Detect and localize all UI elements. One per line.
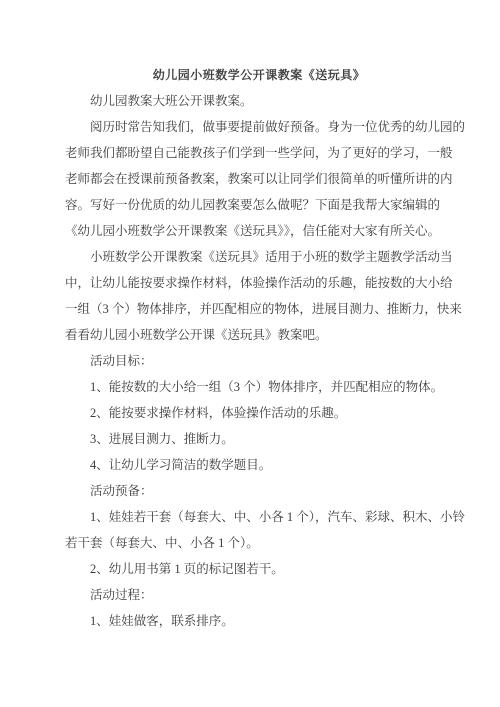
text-line: 中，让幼儿能按要求操作材料，体验操作活动的乐趣，能按数的大小给 [65, 270, 453, 296]
text-line: 2、能按要求操作材料，体验操作活动的乐趣。 [65, 400, 453, 426]
text-line: 幼儿园教案大班公开课教案。 [65, 88, 453, 114]
section-heading-goals: 活动目标： [65, 348, 453, 374]
text-line: 老师我们都盼望自己能教孩子们学到一些学问，为了更好的学习，一般 [65, 140, 453, 166]
text-line: 小班数学公开课教案《送玩具》适用于小班的数学主题教学活动当 [65, 244, 453, 270]
text-line: 2、幼儿用书第 1 页的标记图若干。 [65, 556, 453, 582]
text-line: 4、让幼儿学习简洁的数学题目。 [65, 452, 453, 478]
text-line: 1、能按数的大小给一组（3 个）物体排序，并匹配相应的物体。 [65, 374, 453, 400]
text-line: 1、娃娃做客，联系排序。 [65, 608, 453, 634]
text-line: 容。写好一份优质的幼儿园教案要怎么做呢？下面是我帮大家编辑的 [65, 192, 453, 218]
section-heading-preparation: 活动预备： [65, 478, 453, 504]
text-line: 老师都会在授课前预备教案，教案可以让同学们很简单的听懂所讲的内 [65, 166, 453, 192]
document-body: 幼儿园小班数学公开课教案《送玩具》 幼儿园教案大班公开课教案。 阅历时常告知我们… [65, 62, 453, 634]
document-title: 幼儿园小班数学公开课教案《送玩具》 [65, 62, 453, 88]
section-heading-process: 活动过程： [65, 582, 453, 608]
text-line: 《幼儿园小班数学公开课教案《送玩具》》，信任能对大家有所关心。 [65, 218, 453, 244]
text-line: 3、进展目测力、推断力。 [65, 426, 453, 452]
text-line: 阅历时常告知我们，做事要提前做好预备。身为一位优秀的幼儿园的 [65, 114, 453, 140]
text-line: 一组（3 个）物体排序，并匹配相应的物体，进展目测力、推断力，快来 [65, 296, 453, 322]
text-line: 看看幼儿园小班数学公开课《送玩具》教案吧。 [65, 322, 453, 348]
text-line: 若干套（每套大、中、小各 1 个）。 [65, 530, 453, 556]
document-page: 幼儿园小班数学公开课教案《送玩具》 幼儿园教案大班公开课教案。 阅历时常告知我们… [0, 0, 500, 707]
text-line: 1、娃娃若干套（每套大、中、小各 1 个），汽车、彩球、积木、小铃 [65, 504, 453, 530]
